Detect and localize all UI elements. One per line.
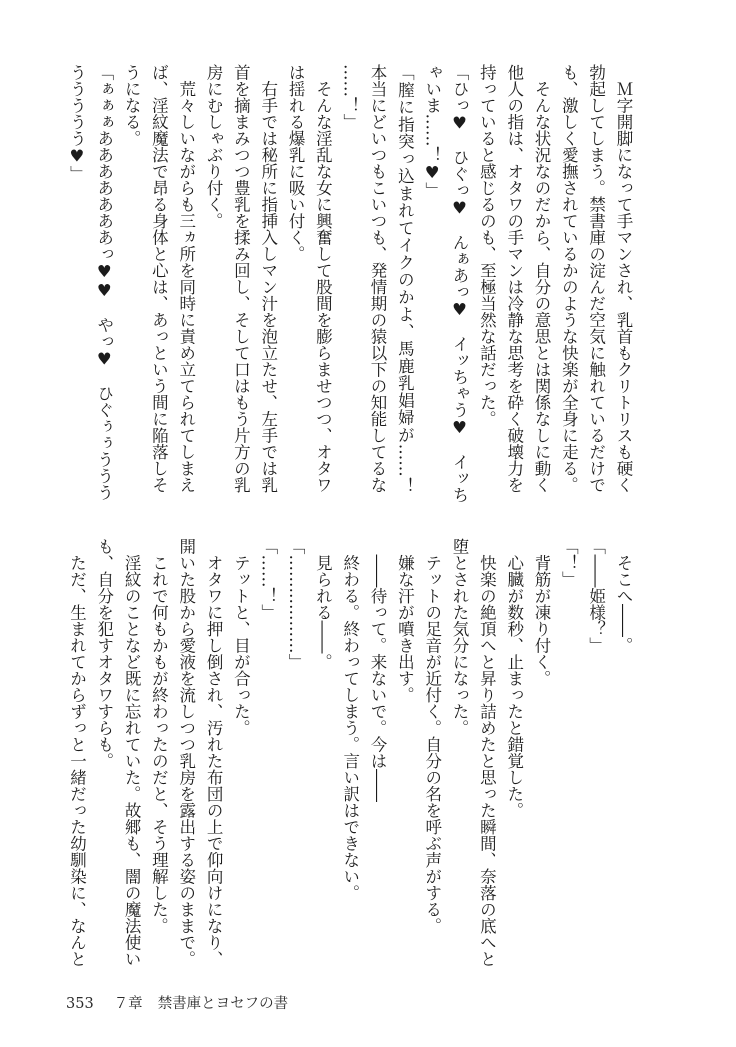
chapter-number: ７章 (114, 996, 143, 1012)
text-column: 房にむしゃぶり付く。 (200, 64, 227, 494)
chapter-title: 禁書庫とヨセフの書 (158, 996, 289, 1012)
dialogue-column: 「――姫様？」 (582, 538, 609, 968)
text-column: 持っていると感じるのも、至極当然な話だった。 (473, 64, 500, 494)
text-column: これで何もかもが終わったのだと、そう理解した。 (145, 538, 172, 968)
upper-text-block: Ｍ字開脚になって手マンされ、乳首もクリトリスも硬く 勃起してしまう。禁書庫の淀ん… (63, 64, 637, 494)
text-column: 快楽の絶頂へと昇り詰めたと思った瞬間、奈落の底へと (473, 538, 500, 968)
dialogue-column: ゃいま……！♥」 (418, 64, 445, 494)
text-column: 堕とされた気分になった。 (446, 538, 473, 968)
text-column: 背筋が凍り付く。 (528, 538, 555, 968)
dialogue-column: 「ひっ♥ ひぐっ♥ んぁあっ♥ イッちゃう♥ イッち (446, 64, 473, 494)
text-column: 開いた股から愛液を流しつつ乳房を露出する姿のままで。 (172, 538, 199, 968)
dialogue-column: 「！」 (555, 538, 582, 968)
text-column: 嫌な汗が噴き出す。 (391, 538, 418, 968)
dialogue-column: ……！」 (336, 64, 363, 494)
text-column: そんな状況なのだから、自分の意思とは関係なしに動く (528, 64, 555, 494)
dialogue-column: 本当にどいつもこいつも、発情期の猿以下の知能してるな (364, 64, 391, 494)
text-column: も、自分を犯すオタワすらも。 (90, 538, 117, 968)
text-column: も、激しく愛撫されているかのような快楽が全身に走る。 (555, 64, 582, 494)
text-column: ば、淫紋魔法で昂る身体と心は、あっという間に陥落しそ (145, 64, 172, 494)
text-column: ただ、生まれてからずっと一緒だった幼馴染に、なんと (63, 538, 90, 968)
dialogue-column: ううううう♥」 (63, 64, 90, 494)
dialogue-column: 「ぁぁぁあああああああっ♥♥ やっ♥ ひぐぅぅううう (90, 64, 117, 494)
text-column: オタワに押し倒され、汚れた布団の上で仰向けになり、 (200, 538, 227, 968)
text-column: そんな淫乱な女に興奮して股間を膨らませつつ、オタワ (309, 64, 336, 494)
text-column: テットと、目が合った。 (227, 538, 254, 968)
text-column: 勃起してしまう。禁書庫の淀んだ空気に触れているだけで (582, 64, 609, 494)
page-number: 353 (66, 996, 94, 1012)
text-column: 右手では秘所に指挿入しマン汁を泡立たせ、左手では乳 (254, 64, 281, 494)
lower-text-block: そこへ――。 「――姫様？」 「！」 背筋が凍り付く。 心臓が数秒、止まったと錯… (63, 538, 637, 968)
book-page: Ｍ字開脚になって手マンされ、乳首もクリトリスも硬く 勃起してしまう。禁書庫の淀ん… (0, 0, 736, 1047)
dialogue-column: 「膣に指突っ込まれてイクのかよ、馬鹿乳娼婦が……！ (391, 64, 418, 494)
text-column: ――待って。来ないで。今は―― (364, 538, 391, 968)
text-column: Ｍ字開脚になって手マンされ、乳首もクリトリスも硬く (610, 64, 637, 494)
dialogue-column: 「………………」 (282, 538, 309, 968)
text-column: 首を摘まみつつ豊乳を揉み回し、そして口はもう片方の乳 (227, 64, 254, 494)
text-column: 荒々しいながらも三ヵ所を同時に責め立てられてしまえ (172, 64, 199, 494)
text-column: 心臓が数秒、止まったと錯覚した。 (500, 538, 527, 968)
text-column: 見られる――。 (309, 538, 336, 968)
text-column: は揺れる爆乳に吸い付く。 (282, 64, 309, 494)
text-column: 終わる。終わってしまう。言い訳はできない。 (336, 538, 363, 968)
text-column: テットの足音が近付く。自分の名を呼ぶ声がする。 (418, 538, 445, 968)
dialogue-column: 「……！」 (254, 538, 281, 968)
text-column: 他人の指は、オタワの手マンは冷静な思考を砕く破壊力を (500, 64, 527, 494)
text-column: そこへ――。 (610, 538, 637, 968)
text-column: うになる。 (118, 64, 145, 494)
page-footer: 353７章禁書庫とヨセフの書 (66, 995, 288, 1013)
text-column: 淫紋のことなど既に忘れていた。故郷も、闇の魔法使い (118, 538, 145, 968)
